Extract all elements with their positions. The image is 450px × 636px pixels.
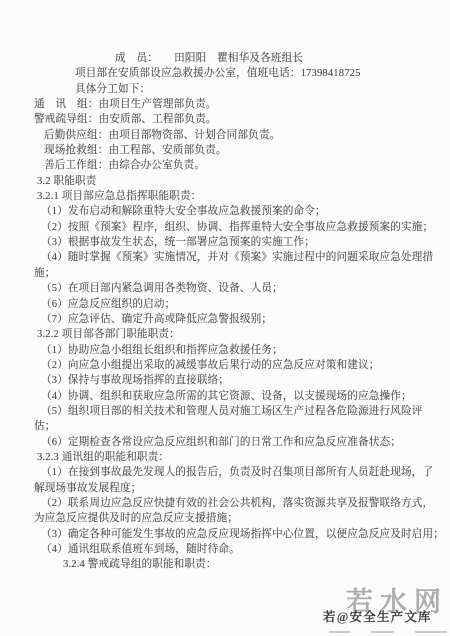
text-line: （6）应急反应组织的启动； (41, 297, 426, 312)
text-line: （3）根据事故发生状态，统一部署应急预案的实施工作； (41, 235, 426, 250)
text-line: 解现场事故发展程度； (34, 481, 426, 496)
text-line: （5）组织项目部的相关技术和管理人员对施工场区生产过程各危险源进行风险评 (41, 404, 426, 419)
text-line: 施； (34, 266, 426, 281)
text-line: （1）协助应急小组组长组织和指挥应急救援任务； (41, 343, 426, 358)
text-line: （6）定期检查各常设应急反应组织和部门的日常工作和应急反应准备状态； (41, 435, 426, 450)
text-line: （1）在接到事故最先发现人的报告后，负责及时召集项目部所有人员赶赴现场，了 (41, 465, 426, 480)
text-line: 估； (34, 419, 426, 434)
document-page: 成 员： 田阳阳 瞿相华及各班组长项目部在安质部设应急救援办公室，值班电话：17… (0, 0, 450, 636)
text-line: （2）向应急小组提出采取的减缓事故后果行动的应急反应对策和建议； (41, 358, 426, 373)
watermark-underline-dash (415, 631, 447, 633)
text-line: 通 讯 组：由项目生产管理部负责。 (34, 97, 426, 112)
text-line: 3.2 职能职责 (37, 174, 426, 189)
text-line: 3.2.1 项目部应急总指挥职能职责： (37, 189, 426, 204)
text-line: （5）在项目部内紧急调用各类物资、设备、人员； (41, 281, 426, 296)
text-line: 警戒疏导组：由安质部、工程部负责。 (34, 112, 426, 127)
watermark-overlay-text: 若@安全生产文库 (323, 611, 432, 624)
text-line: 具体分工如下： (75, 82, 426, 97)
text-line: （7）应急评估、确定升高或降低应急警报级别； (41, 312, 426, 327)
text-line: （3）确定各种可能发生事故的应急反应现场指挥中心位置，以便应急反应及时启用； (41, 527, 426, 542)
text-line: （4）随时掌握《预案》实施情况，并对《预案》实施过程中的问题采取应急处理措 (41, 250, 426, 265)
text-line: 成 员： 田阳阳 瞿相华及各班组长 (115, 51, 426, 66)
text-line: （3）保持与事故现场指挥的直接联络； (41, 373, 426, 388)
watermark-underline-dash (329, 631, 350, 633)
text-line: （4）协调、组织和获取应急所需的其它资源、设备，以支援现场的应急操作； (41, 389, 426, 404)
text-line: （2）按照《预案》程序，组织、协调、指挥重特大安全事故应急救援预案的实施； (41, 220, 426, 235)
text-line: 3.2.2 项目部各部门职能职责： (37, 327, 426, 342)
text-line: （4）通讯组联系值班车到场，随时待命。 (41, 542, 426, 557)
watermark-underline-dash (371, 631, 394, 633)
text-line: 3.2.4 警戒疏导组的职能和职责： (63, 557, 426, 572)
watermark: 若水网 若@安全生产文库 (321, 589, 449, 633)
document-body: 成 员： 田阳阳 瞿相华及各班组长项目部在安质部设应急救援办公室，值班电话：17… (34, 51, 426, 573)
text-line: 为应急反应提供及时的应急反应支援措施； (34, 511, 426, 526)
text-line: 善后工作组：由综合办公室负责。 (44, 158, 426, 173)
text-line: 3.2.3 通讯组的职能和职责： (37, 450, 426, 465)
text-line: （1）发布启动和解除重特大安全事故应急救援预案的命令； (41, 204, 426, 219)
text-line: 项目部在安质部设应急救援办公室，值班电话：17398418725 (75, 66, 426, 81)
text-line: 后勤供应组：由项目部物资部、计划合同部负责。 (44, 128, 426, 143)
text-line: 现场抢救组：由工程部、安质部负责。 (44, 143, 426, 158)
text-line: （2）联系周边应急反应快捷有效的社会公共机构，落实资源共享及报警联络方式， (41, 496, 426, 511)
watermark-underline (329, 631, 447, 633)
